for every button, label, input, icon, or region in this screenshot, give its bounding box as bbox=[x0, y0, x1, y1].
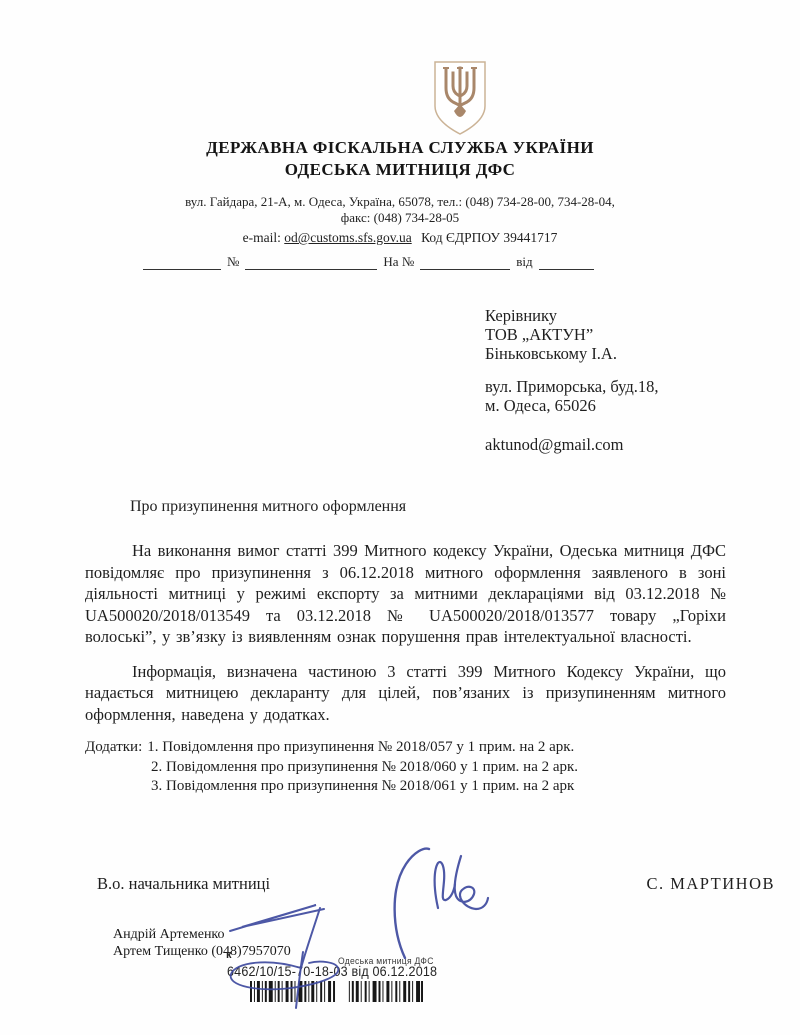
recipient-city: м. Одеса, 65026 bbox=[485, 396, 658, 415]
scanned-letter-page: ДЕРЖАВНА ФІСКАЛЬНА СЛУЖБА УКРАЇНИ ОДЕСЬК… bbox=[0, 0, 800, 1035]
executor-contacts: Андрій Артеменко Артем Тищенко (048)7957… bbox=[113, 927, 291, 960]
signer-name: С. МАРТИНОВ bbox=[646, 874, 775, 894]
executor-name-2: Артем Тищенко (048)7957070 bbox=[113, 944, 291, 961]
recipient-street: вул. Приморська, буд.18, bbox=[485, 377, 658, 396]
outgoing-date-blank bbox=[143, 253, 221, 270]
handwritten-k-mark: к bbox=[226, 949, 232, 961]
letterhead-address: вул. Гайдара, 21-А, м. Одеса, Україна, 6… bbox=[0, 194, 800, 226]
registration-barcode bbox=[250, 981, 423, 1002]
letter-body: На виконання вимог статті 399 Митного ко… bbox=[85, 540, 726, 797]
attachment-line-3: 3. Повідомлення про призупинення № 2018/… bbox=[85, 777, 726, 797]
signature-row: В.о. начальника митниці С. МАРТИНОВ bbox=[97, 874, 775, 894]
reply-number-label: На № bbox=[383, 254, 414, 270]
executor-name-1: Андрій Артеменко bbox=[113, 927, 291, 944]
body-paragraph-2: Інформація, визначена частиною 3 статті … bbox=[85, 661, 726, 726]
recipient-block: Керівнику ТОВ „АКТУН” Біньковському І.А.… bbox=[485, 306, 658, 454]
subject-line: Про призупинення митного оформлення bbox=[130, 498, 406, 516]
attachment-item-2: 2. Повідомлення про призупинення № 2018/… bbox=[151, 759, 578, 775]
edrpou-code: Код ЄДРПОУ 39441717 bbox=[421, 230, 557, 245]
email-label: e-mail: bbox=[243, 230, 281, 245]
attachment-line-1: Додатки:1. Повідомлення про призупинення… bbox=[85, 738, 726, 758]
email-address: od@customs.sfs.gov.ua bbox=[284, 230, 411, 245]
reply-number-blank bbox=[420, 253, 510, 270]
attachment-item-1: 1. Повідомлення про призупинення № 2018/… bbox=[147, 739, 574, 755]
recipient-salutation: Керівнику bbox=[485, 306, 658, 325]
outgoing-number-blank bbox=[245, 253, 377, 270]
attachments-block: Додатки:1. Повідомлення про призупинення… bbox=[85, 738, 726, 797]
address-line2: факс: (048) 734-28-05 bbox=[0, 210, 800, 226]
attachment-line-2: 2. Повідомлення про призупинення № 2018/… bbox=[85, 758, 726, 778]
attachment-item-3: 3. Повідомлення про призупинення № 2018/… bbox=[151, 778, 574, 794]
recipient-email: aktunod@gmail.com bbox=[485, 435, 658, 454]
org-name-line2: ОДЕСЬКА МИТНИЦЯ ДФС bbox=[0, 159, 800, 181]
attachments-label: Додатки: bbox=[85, 739, 147, 755]
recipient-person: Біньковському І.А. bbox=[485, 344, 658, 363]
signer-title: В.о. начальника митниці bbox=[97, 874, 270, 894]
address-line1: вул. Гайдара, 21-А, м. Одеса, Україна, 6… bbox=[0, 194, 800, 210]
body-paragraph-1: На виконання вимог статті 399 Митного ко… bbox=[85, 540, 726, 648]
date-label: від bbox=[516, 254, 532, 270]
date-blank bbox=[539, 253, 594, 270]
recipient-company: ТОВ „АКТУН” bbox=[485, 325, 658, 344]
letterhead-org-name: ДЕРЖАВНА ФІСКАЛЬНА СЛУЖБА УКРАЇНИ ОДЕСЬК… bbox=[0, 137, 800, 181]
letterhead-email-line: e-mail: od@customs.sfs.gov.ua Код ЄДРПОУ… bbox=[0, 230, 800, 246]
number-label: № bbox=[227, 254, 239, 270]
stamp-registration-number: 6462/10/15-70-18-03 від 06.12.2018 bbox=[227, 964, 437, 979]
ukraine-trident-emblem-icon bbox=[433, 60, 487, 136]
org-name-line1: ДЕРЖАВНА ФІСКАЛЬНА СЛУЖБА УКРАЇНИ bbox=[0, 137, 800, 159]
reference-line: № На № від bbox=[143, 252, 594, 270]
